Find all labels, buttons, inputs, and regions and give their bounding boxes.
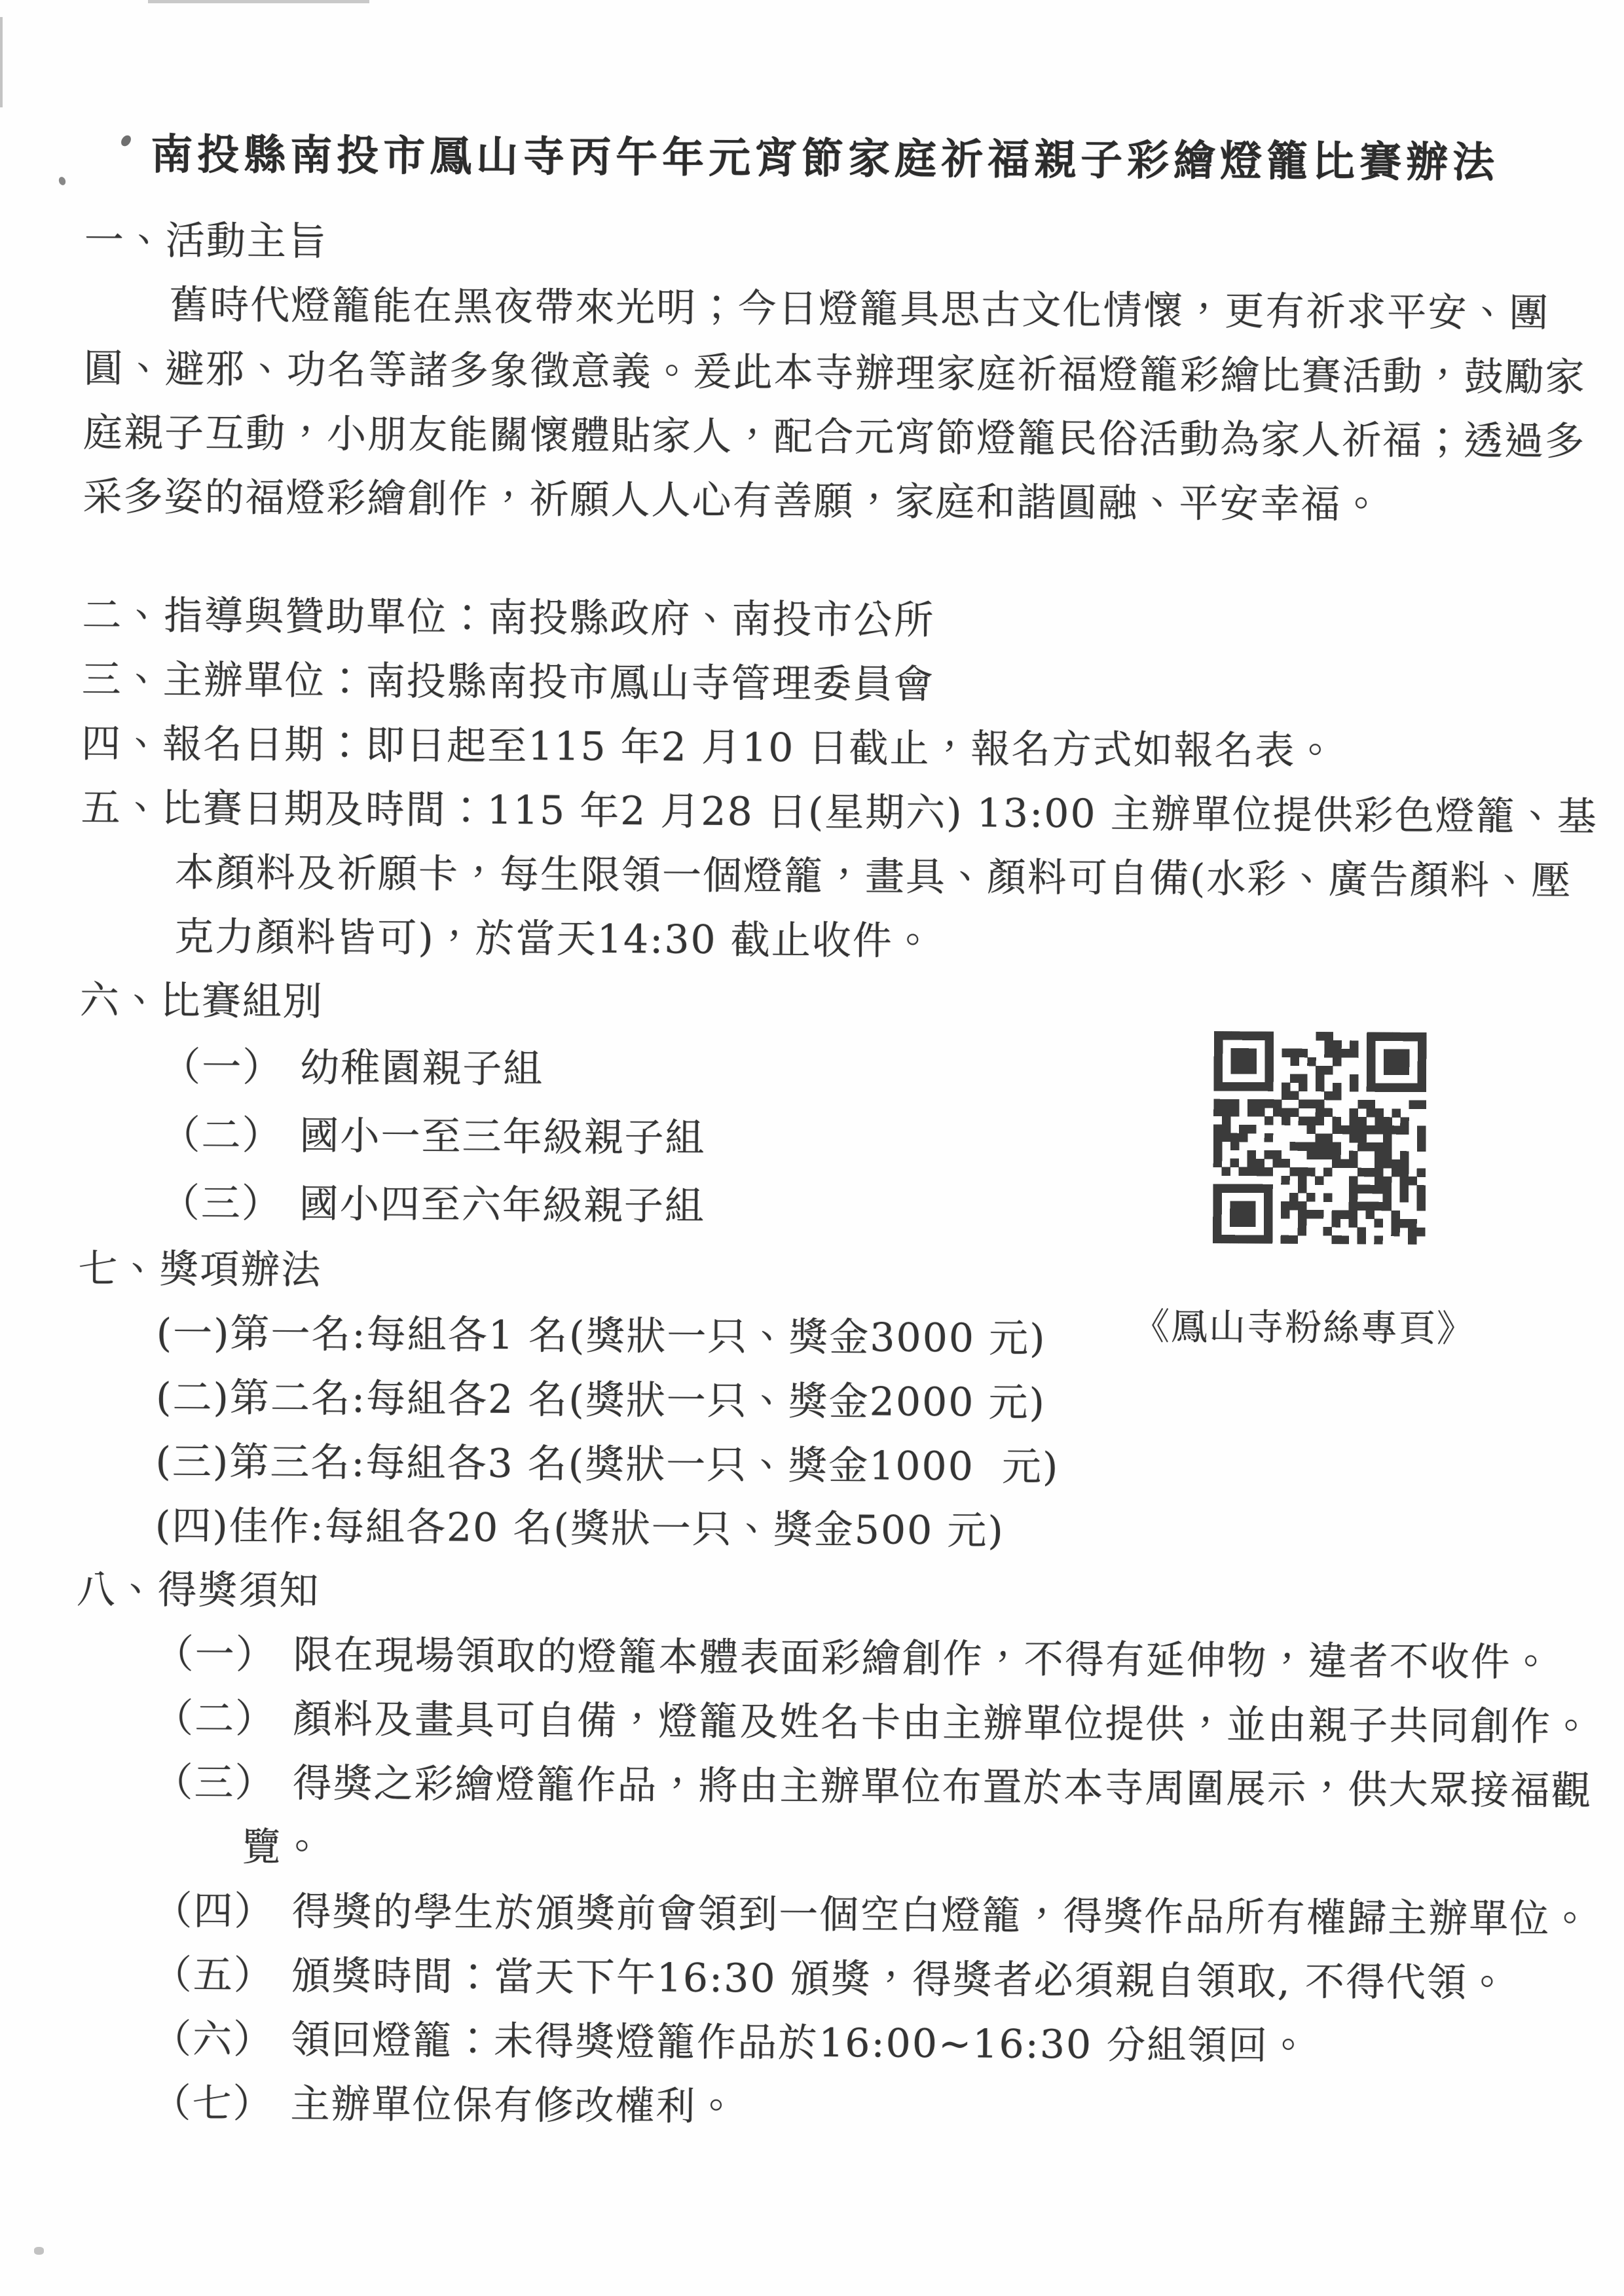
section-8-number: 八、 [76, 1567, 157, 1613]
item-number: （一） [154, 1622, 276, 1687]
section-7-number: 七、 [78, 1246, 159, 1292]
section-1-paragraph-line: 圓、避邪、功名等諸多象徵意義。爰此本寺辦理家庭祈福燈籠彩繪比賽活動，鼓勵家 [83, 337, 1564, 410]
item-number: （二） [154, 1686, 276, 1751]
section-5-continuation: 克力顏料皆可)，於當天14:30 截止收件。 [80, 904, 1560, 977]
item-number: (二) [156, 1375, 230, 1421]
item-text: 領回燈籠：未得獎燈籠作品於16:00~16:30 分組領回。 [291, 2017, 1310, 2069]
section-6-heading: 六、比賽組別 [80, 968, 1560, 1042]
item-number: （三） [153, 1751, 276, 1815]
item-text: 國小一至三年級親子組 [299, 1113, 705, 1161]
item-number: （七） [151, 2071, 274, 2136]
section-8-item: （五）頒獎時間：當天下午16:30 頒獎，得獎者必須親自領取, 不得代領。 [73, 1942, 1554, 2016]
scan-artifact-top-line [148, 0, 369, 3]
section-1-paragraph-line: 庭親子互動，小朋友能關懷體貼家人，配合元宵節燈籠民俗活動為家人祈福；透過多 [83, 401, 1564, 474]
section-1-heading: 一、活動主旨 [84, 208, 1565, 282]
item-number: (三) [155, 1439, 229, 1485]
section-7-item: (二)第二名:每組各2 名(獎狀一只、獎金2000 元) [77, 1365, 1558, 1438]
section-3-number: 三、 [82, 657, 163, 703]
scan-artifact-left-edge [0, 17, 3, 107]
item-text: 第三名:每組各3 名(獎狀一只、獎金1000 元) [229, 1439, 1060, 1490]
item-text: 幼稚園親子組 [300, 1045, 544, 1092]
section-8-heading-text: 得獎須知 [157, 1567, 320, 1614]
section-5-continuation: 本顏料及祈願卡，每生限領一個燈籠，畫具、顏料可自備(水彩、廣告顏料、壓 [81, 840, 1561, 913]
section-2-number: 二、 [82, 592, 163, 639]
scanned-document-page: 南投縣南投市鳳山寺丙午年元宵節家庭祈福親子彩繪燈籠比賽辦法 一、活動主旨 舊時代… [0, 0, 1624, 2296]
section-8-heading: 八、得獎須知 [76, 1558, 1557, 1631]
item-number: （一） [161, 1033, 284, 1102]
section-5-number: 五、 [81, 785, 162, 831]
section-3: 三、主辦單位：南投縣南投市鳳山寺管理委員會 [82, 647, 1562, 721]
scan-speck [58, 176, 67, 187]
item-number: (一) [156, 1311, 230, 1357]
section-8-item-wrap: 覽。 [75, 1814, 1555, 1887]
section-1-paragraph-line: 舊時代燈籠能在黑夜帶來光明；今日燈籠具思古文化情懷，更有祈求平安、團 [84, 272, 1564, 346]
qr-code-caption: 《鳳山寺粉絲專頁》 [1133, 1298, 1475, 1353]
section-4-number: 四、 [81, 721, 162, 767]
section-1-paragraph-line: 采多姿的福燈彩繪創作，祈願人人心有善願，家庭和諧圓融、平安幸福。 [83, 465, 1563, 538]
item-text: 第一名:每組各1 名(獎狀一只、獎金3000 元) [230, 1311, 1046, 1362]
qr-code-image [1208, 1031, 1431, 1245]
item-text: 得獎的學生於頒獎前會領到一個空白燈籠，得獎作品所有權歸主辦單位。 [291, 1889, 1591, 1942]
item-text: 頒獎時間：當天下午16:30 頒獎，得獎者必須親自領取, 不得代領。 [291, 1953, 1509, 2006]
item-number: （五） [152, 1943, 274, 2008]
section-8-item: （三）得獎之彩繪燈籠作品，將由主辦單位布置於本寺周圍展示，供大眾接福觀 [75, 1750, 1555, 1823]
item-text: 第二名:每組各2 名(獎狀一只、獎金2000 元) [230, 1375, 1046, 1426]
section-4: 四、報名日期：即日起至115 年2 月10 日截止，報名方式如報名表。 [81, 712, 1562, 785]
item-number: （三） [160, 1169, 283, 1238]
section-8-item: （四）得獎的學生於頒獎前會領到一個空白燈籠，得獎作品所有權歸主辦單位。 [74, 1878, 1555, 1952]
scan-speck [34, 2247, 44, 2255]
page-title: 南投縣南投市鳳山寺丙午年元宵節家庭祈福親子彩繪燈籠比賽辦法 [84, 123, 1565, 194]
item-number: （四） [153, 1879, 275, 1944]
section-8-item: （一）限在現場領取的燈籠本體表面彩繪創作，不得有延伸物，違者不收件。 [75, 1622, 1556, 1695]
section-2: 二、指導與贊助單位：南投縣政府、南投市公所 [82, 583, 1562, 657]
item-text: 國小四至六年級親子組 [299, 1181, 705, 1230]
section-8-item: （六）領回燈籠：未得獎燈籠作品於16:00~16:30 分組領回。 [73, 2007, 1554, 2080]
section-7-heading-text: 獎項辦法 [159, 1247, 322, 1294]
item-text: 顏料及畫具可自備，燈籠及姓名卡由主辦單位提供，並由親子共同創作。 [293, 1696, 1592, 1750]
qr-code [1208, 1031, 1431, 1245]
item-number: （六） [152, 2007, 274, 2072]
item-number: (四) [155, 1503, 229, 1550]
section-8-item: （七）主辦單位保有修改權利。 [73, 2071, 1553, 2144]
section-5-text: 比賽日期及時間：115 年2 月28 日(星期六) 13:00 主辦單位提供彩色… [162, 786, 1598, 840]
item-text: 限在現場領取的燈籠本體表面彩繪創作，不得有延伸物，違者不收件。 [293, 1632, 1551, 1686]
section-1-heading-text: 活動主旨 [166, 218, 328, 265]
section-2-text: 指導與贊助單位：南投縣政府、南投市公所 [163, 593, 934, 644]
section-6-number: 六、 [80, 977, 161, 1024]
section-7-item: (三)第三名:每組各3 名(獎狀一只、獎金1000 元) [77, 1429, 1557, 1503]
section-7-item: (四)佳作:每組各20 名(獎狀一只、獎金500 元) [77, 1493, 1557, 1567]
section-5: 五、比賽日期及時間：115 年2 月28 日(星期六) 13:00 主辦單位提供… [81, 776, 1561, 849]
item-text: 主辦單位保有修改權利。 [290, 2081, 737, 2130]
section-3-text: 主辦單位：南投縣南投市鳳山寺管理委員會 [163, 657, 934, 708]
section-1-number: 一、 [84, 217, 166, 264]
item-number: （二） [160, 1101, 283, 1170]
section-4-text: 報名日期：即日起至115 年2 月10 日截止，報名方式如報名表。 [162, 721, 1337, 774]
section-8-item: （二）顏料及畫具可自備，燈籠及姓名卡由主辦單位提供，並由親子共同創作。 [75, 1686, 1556, 1759]
section-6-heading-text: 比賽組別 [161, 978, 323, 1025]
item-text: 佳作:每組各20 名(獎狀一只、獎金500 元) [229, 1503, 1005, 1554]
item-text: 得獎之彩繪燈籠作品，將由主辦單位布置於本寺周圍展示，供大眾接福觀 [292, 1760, 1591, 1814]
